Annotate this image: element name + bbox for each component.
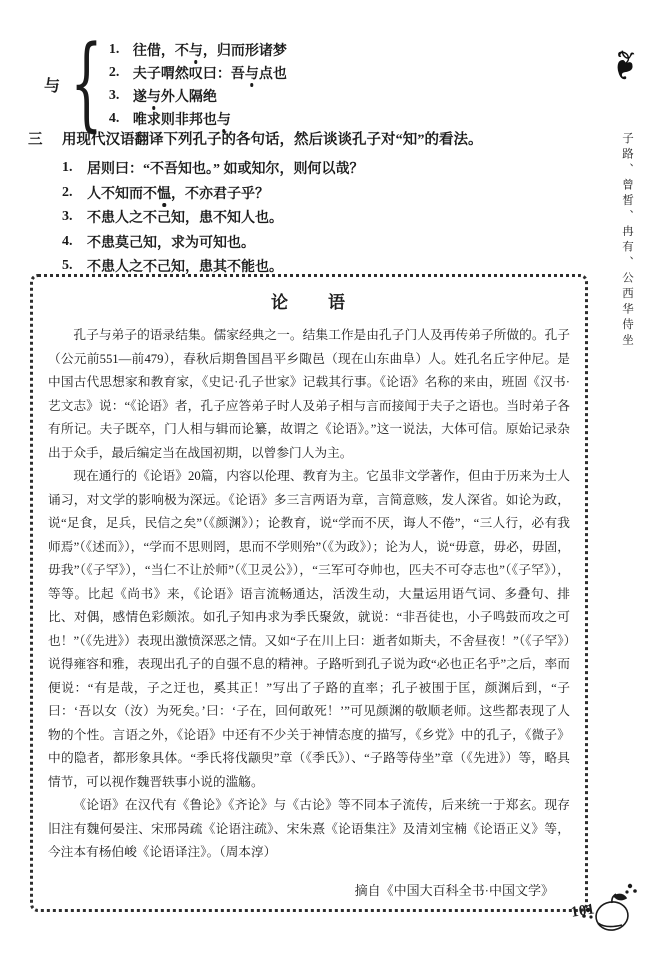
item-text: 夫子喟然叹曰：吾与点也: [133, 63, 287, 83]
bracket-lead-character: 与: [44, 73, 60, 96]
item-text: 人不知而不愠，不亦君子乎？: [87, 183, 269, 203]
item-text: 不患莫己知，求为可知也。: [87, 232, 255, 252]
left-brace: {: [70, 36, 102, 132]
item-number: 3.: [62, 209, 87, 225]
emphasized-char: 与: [217, 109, 231, 129]
bracket-items: 1.往借，不与，归而形诸梦2.夫子喟然叹曰：吾与点也3.遂与外人隔绝4.唯求则非…: [109, 38, 287, 130]
exercise-prompt: 用现代汉语翻译下列孔子的各句话，然后谈谈孔子对“知”的看法。: [62, 128, 483, 152]
box-paragraphs: 孔子与弟子的语录结集。儒家经典之一。结集工作是由孔子门人及再传弟子所做的。孔子（…: [48, 324, 570, 865]
emphasized-char: 与: [189, 40, 203, 60]
item-number: 2.: [62, 185, 87, 201]
list-item: 3.遂与外人隔绝: [109, 84, 287, 107]
emphasized-char: 愠: [157, 183, 171, 203]
exercise-number: 三: [28, 128, 62, 152]
list-item: 1.往借，不与，归而形诸梦: [109, 38, 287, 61]
item-text: 不患人之不己知，患不知人也。: [87, 207, 283, 227]
paragraph: 现在通行的《论语》20篇，内容以伦理、教育为主。它虽非文学著作，但由于历来为士人…: [48, 465, 570, 794]
exercise-section: 三 用现代汉语翻译下列孔子的各句话，然后谈谈孔子对“知”的看法。 1.居则曰：“…: [28, 128, 588, 279]
paragraph: 孔子与弟子的语录结集。儒家经典之一。结集工作是由孔子门人及再传弟子所做的。孔子（…: [48, 324, 570, 465]
item-number: 4.: [62, 234, 87, 250]
article-box: 论 语 孔子与弟子的语录结集。儒家经典之一。结集工作是由孔子门人及再传弟子所做的…: [30, 274, 588, 912]
item-number: 3.: [109, 88, 133, 104]
item-number: 1.: [109, 42, 133, 58]
list-item: 2.人不知而不愠，不亦君子乎？: [62, 181, 588, 206]
item-number: 4.: [109, 111, 133, 127]
exercise-header: 三 用现代汉语翻译下列孔子的各句话，然后谈谈孔子对“知”的看法。: [28, 128, 588, 152]
emphasized-char: 与: [245, 63, 259, 83]
item-number: 5.: [62, 258, 87, 274]
article-title: 论 语: [48, 288, 570, 313]
emphasized-char: 与: [147, 86, 161, 106]
bracket-group: 与 { 1.往借，不与，归而形诸梦2.夫子喟然叹曰：吾与点也3.遂与外人隔绝4.…: [44, 36, 287, 132]
item-text: 唯求则非邦也与: [133, 109, 231, 129]
list-item: 2.夫子喟然叹曰：吾与点也: [109, 61, 287, 84]
chapter-title-vertical: 子路、曾皙、冉有、公西华侍坐: [619, 132, 635, 349]
list-item: 4.唯求则非邦也与: [109, 107, 287, 130]
item-text: 居则曰：“不吾知也。” 如或知尔，则何以哉？: [87, 158, 364, 178]
item-number: 1.: [62, 160, 87, 176]
item-text: 遂与外人隔绝: [133, 86, 217, 106]
list-item: 4.不患莫己知，求为可知也。: [62, 230, 588, 255]
list-item: 1.居则曰：“不吾知也。” 如或知尔，则何以哉？: [62, 156, 588, 181]
fruit-leaf-icon: [578, 876, 642, 942]
item-text: 往借，不与，归而形诸梦: [133, 40, 287, 60]
question-list: 1.居则曰：“不吾知也。” 如或知尔，则何以哉？2.人不知而不愠，不亦君子乎？3…: [62, 156, 588, 279]
floral-flourish-icon: ❧: [603, 47, 645, 82]
paragraph: 《论语》在汉代有《鲁论》《齐论》与《古论》等不同本子流传，后来统一于郑玄。现存旧…: [48, 794, 570, 865]
list-item: 3.不患人之不己知，患不知人也。: [62, 205, 588, 230]
source-attribution: 摘自《中国大百科全书·中国文学》: [48, 880, 570, 899]
item-number: 2.: [109, 65, 133, 81]
